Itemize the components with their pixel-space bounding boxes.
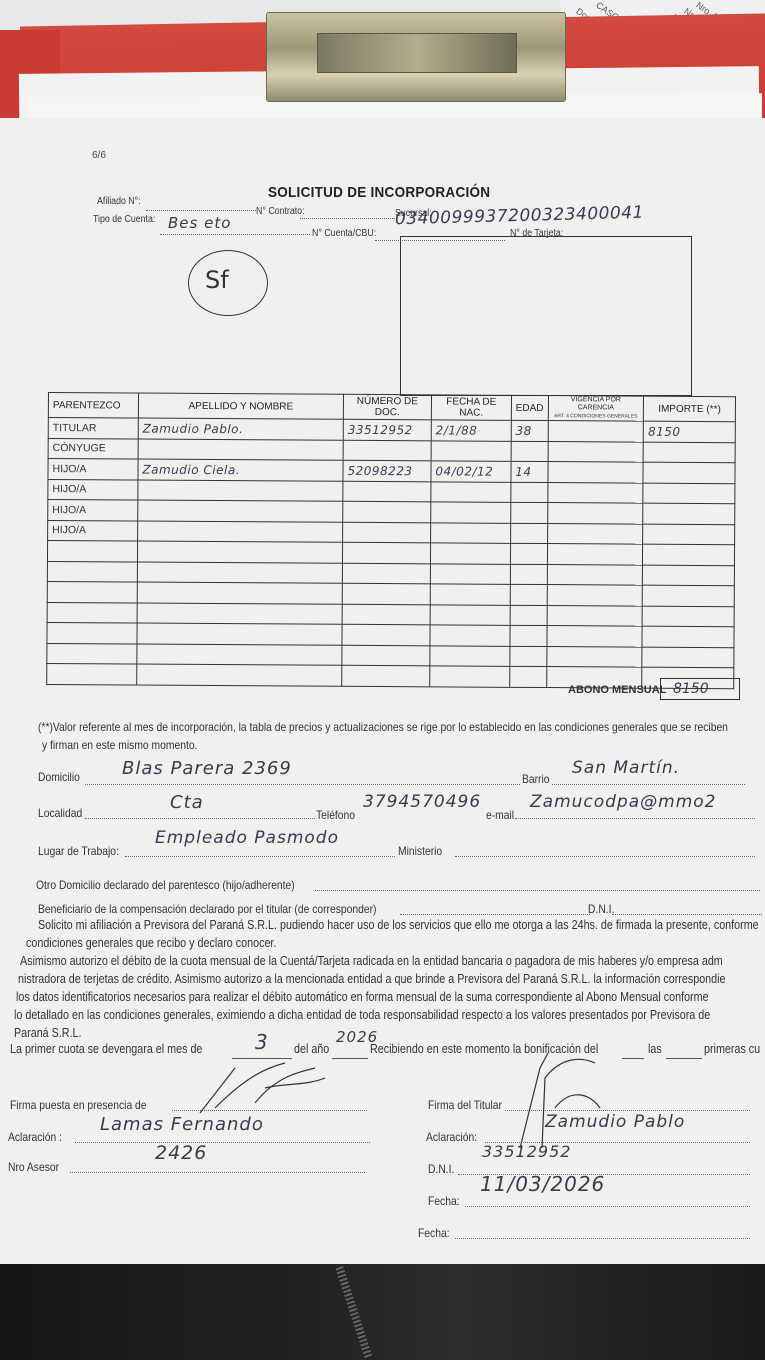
- edad-cell[interactable]: [509, 666, 546, 687]
- bonificacion-field[interactable]: [622, 1058, 644, 1059]
- cuota-ano-field[interactable]: [332, 1058, 368, 1059]
- col-header: VIGENCIA POR CARENCIA: [571, 396, 621, 411]
- advisor-signature: [195, 1058, 335, 1118]
- localidad-label: Localidad: [38, 806, 82, 820]
- legal-line: Solicito mi afiliación a Previsora del P…: [38, 918, 759, 932]
- tipo-cuenta-label: Tipo de Cuenta:: [93, 214, 155, 225]
- importe-cell[interactable]: [643, 544, 735, 565]
- email-value: Zamucodpa@mmo2: [530, 792, 716, 812]
- fecha2-field[interactable]: [455, 1238, 750, 1239]
- photo-box: [400, 236, 692, 396]
- nombre-cell[interactable]: [138, 500, 343, 522]
- beneficiario-label: Beneficiario de la compensación declarad…: [38, 902, 376, 916]
- doc-cell[interactable]: 33512952: [343, 419, 431, 440]
- fecha-value: 11/03/2026: [480, 1172, 605, 1196]
- vigencia-cell[interactable]: [547, 626, 643, 647]
- beneficiario-field[interactable]: [400, 914, 590, 915]
- doc-cell[interactable]: [342, 665, 430, 686]
- col-header: NÚMERO DE DOC.: [343, 394, 431, 420]
- edad-cell[interactable]: [510, 625, 547, 646]
- abono-mensual-label: ABONO MENSUAL: [568, 684, 666, 696]
- trabajo-label: Lugar de Trabajo:: [38, 844, 119, 858]
- edad-cell[interactable]: 14: [511, 461, 548, 482]
- edad-cell[interactable]: [510, 543, 547, 564]
- abono-mensual-value[interactable]: 8150: [660, 678, 740, 700]
- dark-fabric-background: [0, 1262, 765, 1360]
- nombre-cell[interactable]: [137, 603, 342, 625]
- col-header-sub: ART. 4 CONDICIONES GENERALES: [552, 412, 639, 421]
- fecha-cell[interactable]: [431, 502, 511, 523]
- dni-label: D.N.I.: [428, 1162, 454, 1176]
- primeras-text: primeras cu: [704, 1042, 760, 1056]
- importe-cell[interactable]: [643, 483, 735, 504]
- nro-asesor-label: Nro Asesor: [8, 1160, 59, 1174]
- fecha-cell[interactable]: [430, 645, 510, 666]
- page-number: 6/6: [92, 150, 106, 161]
- parentezco-cell: HIJO/A: [48, 500, 138, 521]
- legal-line: lo detallado en las condiciones generale…: [14, 1008, 710, 1022]
- footnote-line: y firman en este mismo momento.: [42, 738, 197, 752]
- fecha-cell[interactable]: [430, 584, 510, 605]
- parentezco-cell: CÓNYUGE: [48, 438, 138, 459]
- fecha-cell[interactable]: [430, 604, 510, 625]
- parentezco-cell: [47, 643, 137, 664]
- fecha-cell[interactable]: 04/02/12: [431, 461, 511, 482]
- legal-line: nistradora de terjetas de crédito. Asimi…: [18, 972, 726, 986]
- parentezco-cell: [47, 581, 137, 602]
- aclaracion-left-value: Lamas Fernando: [100, 1114, 264, 1135]
- contrato-label: N° Contrato:: [256, 206, 305, 217]
- vigencia-cell[interactable]: [547, 523, 643, 544]
- doc-cell[interactable]: [343, 501, 431, 522]
- firma-titular-label: Firma del Titular: [428, 1098, 502, 1112]
- aclaracion-right-value: Zamudio Pablo: [545, 1112, 685, 1132]
- ministerio-label: Ministerio: [398, 844, 442, 858]
- parentezco-cell: [47, 561, 137, 582]
- col-header: IMPORTE (**): [644, 396, 736, 422]
- cuota-prefix: La primer cuota se devengara el mes de: [10, 1042, 202, 1056]
- doc-cell[interactable]: [342, 624, 430, 645]
- otro-domicilio-label: Otro Domicilio declarado del parentesco …: [36, 878, 295, 892]
- nombre-cell[interactable]: Zamudio Pablo.: [138, 418, 343, 440]
- las-field[interactable]: [666, 1058, 702, 1059]
- legal-line: Paraná S.R.L.: [14, 1026, 82, 1040]
- fecha2-label: Fecha:: [418, 1226, 450, 1240]
- importe-cell[interactable]: [643, 503, 735, 524]
- fecha-field[interactable]: [465, 1206, 750, 1207]
- fecha-cell[interactable]: [430, 666, 510, 687]
- edad-cell[interactable]: [511, 441, 548, 462]
- vigencia-cell[interactable]: [547, 482, 643, 503]
- telefono-value: 3794570496: [363, 792, 481, 812]
- dni-beneficiario-field[interactable]: [612, 914, 762, 915]
- parentezco-cell: HIJO/A: [48, 479, 138, 500]
- edad-cell[interactable]: [511, 482, 548, 503]
- barrio-value: San Martín.: [572, 758, 680, 778]
- importe-cell[interactable]: [642, 626, 734, 647]
- afiliado-field[interactable]: [146, 210, 256, 211]
- fecha-cell[interactable]: 2/1/88: [431, 420, 511, 441]
- nombre-cell[interactable]: [138, 439, 343, 461]
- email-label: e-mail: [486, 808, 514, 822]
- doc-cell[interactable]: [342, 542, 430, 563]
- edad-cell[interactable]: [510, 564, 547, 585]
- vigencia-cell[interactable]: [547, 605, 643, 626]
- clip-mechanism: [317, 33, 517, 73]
- fecha-cell[interactable]: [430, 625, 510, 646]
- del-ano-label: del año: [294, 1042, 329, 1056]
- fecha-label: Fecha:: [428, 1194, 460, 1208]
- fecha-cell[interactable]: [431, 440, 511, 461]
- edad-cell[interactable]: [510, 605, 547, 626]
- doc-cell[interactable]: [342, 563, 430, 584]
- parentezco-cell: TITULAR: [48, 418, 138, 439]
- vigencia-cell[interactable]: [547, 585, 643, 606]
- parentezco-cell: [47, 541, 137, 562]
- edad-cell[interactable]: [510, 584, 547, 605]
- barrio-field[interactable]: [552, 784, 745, 785]
- edad-cell[interactable]: [510, 523, 547, 544]
- importe-cell[interactable]: [643, 524, 735, 545]
- legal-line: los datos identificatorios necesarios pa…: [16, 990, 709, 1004]
- barrio-label: Barrio: [522, 772, 550, 786]
- doc-cell[interactable]: [342, 583, 430, 604]
- dni-beneficiario-label: D.N.I.: [588, 902, 614, 916]
- vigencia-cell[interactable]: [548, 421, 644, 442]
- vigencia-cell[interactable]: [548, 462, 644, 483]
- col-header: PARENTEZCO: [48, 393, 138, 419]
- nombre-cell[interactable]: [137, 582, 342, 604]
- email-field[interactable]: [515, 818, 755, 819]
- parentezco-cell: [47, 622, 137, 643]
- aclaracion-right-label: Aclaración:: [426, 1130, 477, 1144]
- importe-cell[interactable]: 8150: [643, 421, 735, 442]
- nombre-cell[interactable]: [137, 541, 342, 563]
- domicilio-value: Blas Parera 2369: [122, 758, 292, 779]
- domicilio-label: Domicilio: [38, 770, 80, 784]
- legal-line: Asimismo autorizo el débito de la cuota …: [20, 954, 723, 968]
- parentezco-cell: [47, 602, 137, 623]
- doc-cell[interactable]: 52098223: [343, 460, 431, 481]
- col-header: APELLIDO Y NOMBRE: [138, 393, 343, 419]
- edad-cell[interactable]: [510, 646, 547, 667]
- cuenta-cbu-value: 0340099937200323400041: [395, 203, 644, 230]
- fecha-cell[interactable]: [430, 563, 510, 584]
- doc-cell[interactable]: [343, 481, 431, 502]
- nombre-cell[interactable]: [137, 562, 342, 584]
- vigencia-cell[interactable]: [547, 564, 643, 585]
- importe-cell[interactable]: [643, 442, 735, 463]
- aclaracion-left-label: Aclaración :: [8, 1130, 62, 1144]
- nombre-cell[interactable]: [137, 623, 342, 645]
- edad-cell[interactable]: [510, 502, 547, 523]
- importe-cell[interactable]: [642, 606, 734, 627]
- doc-cell[interactable]: [343, 440, 431, 461]
- las-text: las: [648, 1042, 662, 1056]
- vigencia-cell[interactable]: [547, 503, 643, 524]
- cuota-mes-value: 3: [255, 1030, 269, 1054]
- fecha-cell[interactable]: [431, 481, 511, 502]
- localidad-value: Cta: [170, 792, 204, 813]
- annotation-text: Sf: [205, 266, 229, 294]
- edad-cell[interactable]: 38: [511, 420, 548, 441]
- nombre-cell[interactable]: [137, 644, 342, 666]
- nombre-cell[interactable]: [137, 521, 342, 543]
- afiliado-label: Afiliado N°:: [97, 196, 141, 207]
- parentezco-cell: [47, 663, 137, 684]
- ministerio-field[interactable]: [455, 856, 755, 857]
- members-table: PARENTEZCO APELLIDO Y NOMBRE NÚMERO DE D…: [46, 392, 736, 689]
- cuenta-cbu-label: N° Cuenta/CBU:: [312, 228, 376, 239]
- clipboard-clip: [266, 12, 566, 102]
- nombre-cell[interactable]: [138, 480, 343, 502]
- contrato-field[interactable]: [300, 218, 395, 219]
- dni-value: 33512952: [482, 1142, 571, 1161]
- nro-asesor-value: 2426: [155, 1142, 207, 1164]
- nombre-cell[interactable]: Zamudio Ciela.: [138, 459, 343, 481]
- importe-cell[interactable]: [643, 565, 735, 586]
- col-header: FECHA DE NAC.: [431, 395, 511, 420]
- fecha-cell[interactable]: [430, 522, 510, 543]
- importe-cell[interactable]: [643, 462, 735, 483]
- domicilio-field[interactable]: [85, 784, 520, 785]
- firma-presencia-label: Firma puesta en presencia de: [10, 1098, 147, 1112]
- trabajo-field[interactable]: [125, 856, 395, 857]
- telefono-label: Teléfono: [316, 808, 355, 822]
- vigencia-cell[interactable]: [546, 646, 642, 667]
- vigencia-cell[interactable]: [547, 544, 643, 565]
- nombre-cell[interactable]: [137, 664, 342, 686]
- form-title: SOLICITUD DE INCORPORACIÓN: [268, 184, 490, 201]
- legal-line: condiciones generales que recibo y decla…: [26, 936, 276, 950]
- trabajo-value: Empleado Pasmodo: [155, 828, 339, 848]
- aclaracion-left-field[interactable]: [75, 1142, 370, 1143]
- tipo-cuenta-field[interactable]: [160, 234, 310, 235]
- nro-asesor-field[interactable]: [70, 1172, 365, 1173]
- parentezco-cell: HIJO/A: [48, 520, 138, 541]
- vigencia-cell[interactable]: [548, 441, 644, 462]
- tipo-cuenta-value: Bes eto: [168, 214, 231, 232]
- fecha-cell[interactable]: [430, 543, 510, 564]
- doc-cell[interactable]: [342, 645, 430, 666]
- col-header-vigencia: VIGENCIA POR CARENCIA ART. 4 CONDICIONES…: [548, 396, 644, 422]
- parentezco-cell: HIJO/A: [48, 459, 138, 480]
- form-page: 6/6 SOLICITUD DE INCORPORACIÓN Afiliado …: [0, 118, 765, 1264]
- importe-cell[interactable]: [642, 585, 734, 606]
- otro-domicilio-field[interactable]: [315, 890, 760, 891]
- importe-cell[interactable]: [642, 647, 734, 668]
- localidad-field[interactable]: [85, 818, 315, 819]
- doc-cell[interactable]: [342, 604, 430, 625]
- footnote-line: (**)Valor referente al mes de incorporac…: [38, 720, 728, 734]
- doc-cell[interactable]: [343, 522, 431, 543]
- col-header: EDAD: [511, 395, 548, 420]
